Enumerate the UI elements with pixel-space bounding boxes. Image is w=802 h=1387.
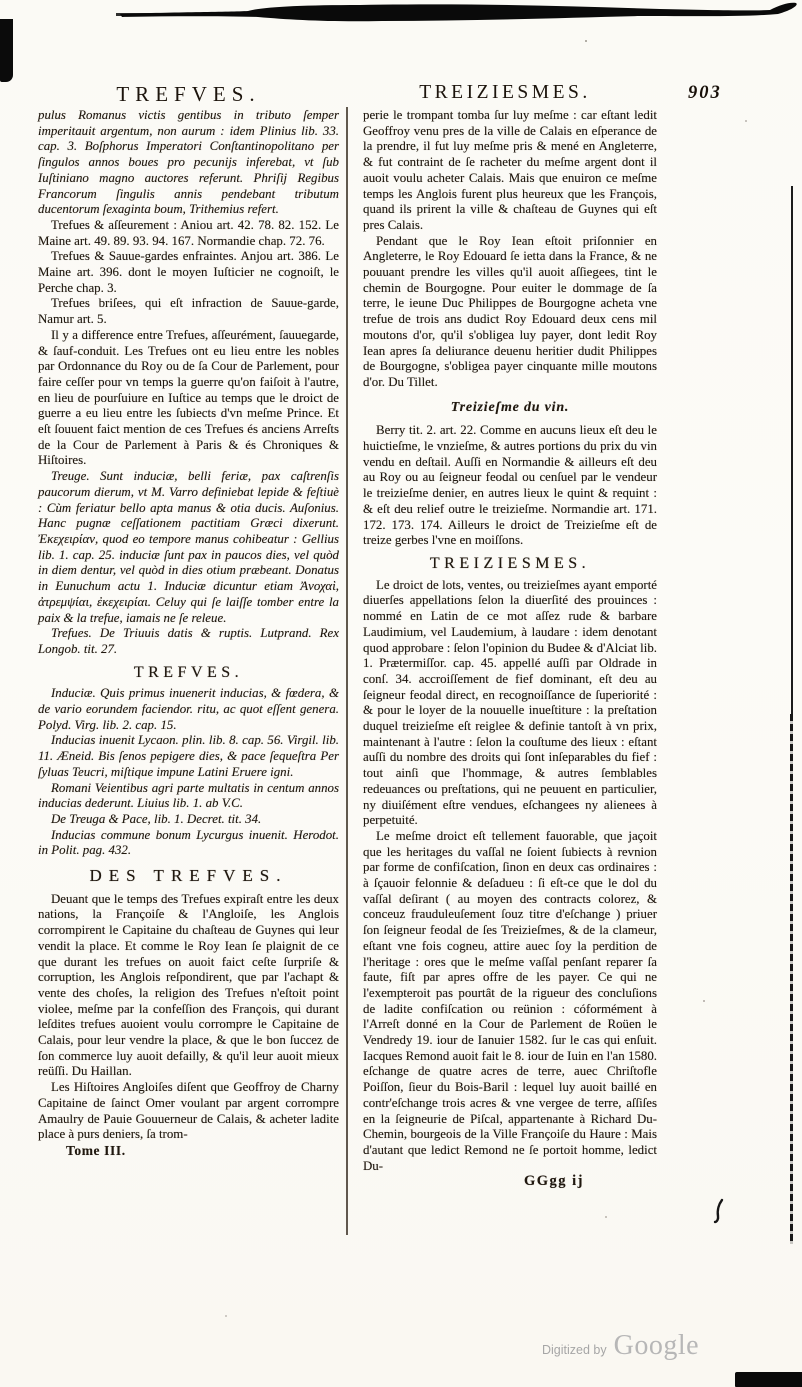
google-logo-text: Google [614,1330,699,1362]
paragraph: Pendant que le Roy Iean eſtoit priſonnie… [363,234,657,391]
paragraph: pulus Romanus victis gentibus in tributo… [38,108,339,218]
paragraph: De Treuga & Pace, lib. 1. Decret. tit. 3… [38,812,339,828]
paragraph: Trefues. De Triuuis datis & ruptis. Lutp… [38,626,339,657]
right-text-column: perie le trompant tomba ſur luy meſme : … [363,108,657,1190]
running-head-left: TREFVES. [38,82,339,107]
scan-artifact-left-edge [0,19,13,82]
paragraph: Treuge. Sunt induciæ, belli feriæ, pax c… [38,469,339,626]
scan-artifact-right-edge-dashes [790,714,793,1244]
paragraph: Il y a difference entre Trefues, aſſeuré… [38,328,339,469]
google-watermark: Digitized by Google [542,1330,699,1362]
quire-signature: GGgg ij [363,1174,657,1190]
section-heading: Treizieſme du vin. [363,400,657,416]
paragraph: Inducias inuenit Lycaon. plin. lib. 8. c… [38,733,339,780]
paragraph: Trefues & aſſeurement : Aniou art. 42. 7… [38,218,339,249]
running-head-right: TREIZIESMES. [355,82,655,104]
scan-noise-specks [585,40,587,42]
column-divider-rule [346,107,348,1235]
paragraph: Les Hiſtoires Angloiſes diſent que Geoff… [38,1080,339,1143]
page-number: 903 [688,83,722,104]
paragraph: Romani Veientibus agri parte multatis in… [38,781,339,812]
scanned-book-page: TREFVES. TREIZIESMES. 903 pulus Romanus … [0,0,802,1387]
scan-artifact-margin-stroke [712,1198,726,1224]
section-heading: DES TREFVES. [38,868,339,884]
watermark-prefix-text: Digitized by [542,1343,607,1357]
paragraph: Le meſme droict eſt tellement fauorable,… [363,829,657,1174]
left-text-column: pulus Romanus victis gentibus in tributo… [38,108,339,1159]
section-heading: TREFVES. [38,665,339,681]
scan-artifact-bottom-corner [735,1372,802,1387]
scan-artifact-right-edge-line [791,186,793,716]
paragraph: Trefues & Sauue-gardes enfraintes. Anjou… [38,249,339,296]
paragraph: Deuant que le temps des Trefues expiraſt… [38,892,339,1080]
paragraph: perie le trompant tomba ſur luy meſme : … [363,108,657,234]
paragraph: Induciæ. Quis primus inuenerit inducias,… [38,686,339,733]
catchword-tome: Tome III. [38,1143,339,1159]
scan-artifact-top-streak [0,0,802,36]
section-heading: TREIZIESMES. [363,556,657,572]
paragraph: Trefues briſees, qui eſt infraction de S… [38,296,339,327]
paragraph: Inducias commune bonum Lycurgus inuenit.… [38,828,339,859]
paragraph: Le droict de lots, ventes, ou treizieſme… [363,578,657,829]
paragraph: Berry tit. 2. art. 22. Comme en aucuns l… [363,423,657,549]
